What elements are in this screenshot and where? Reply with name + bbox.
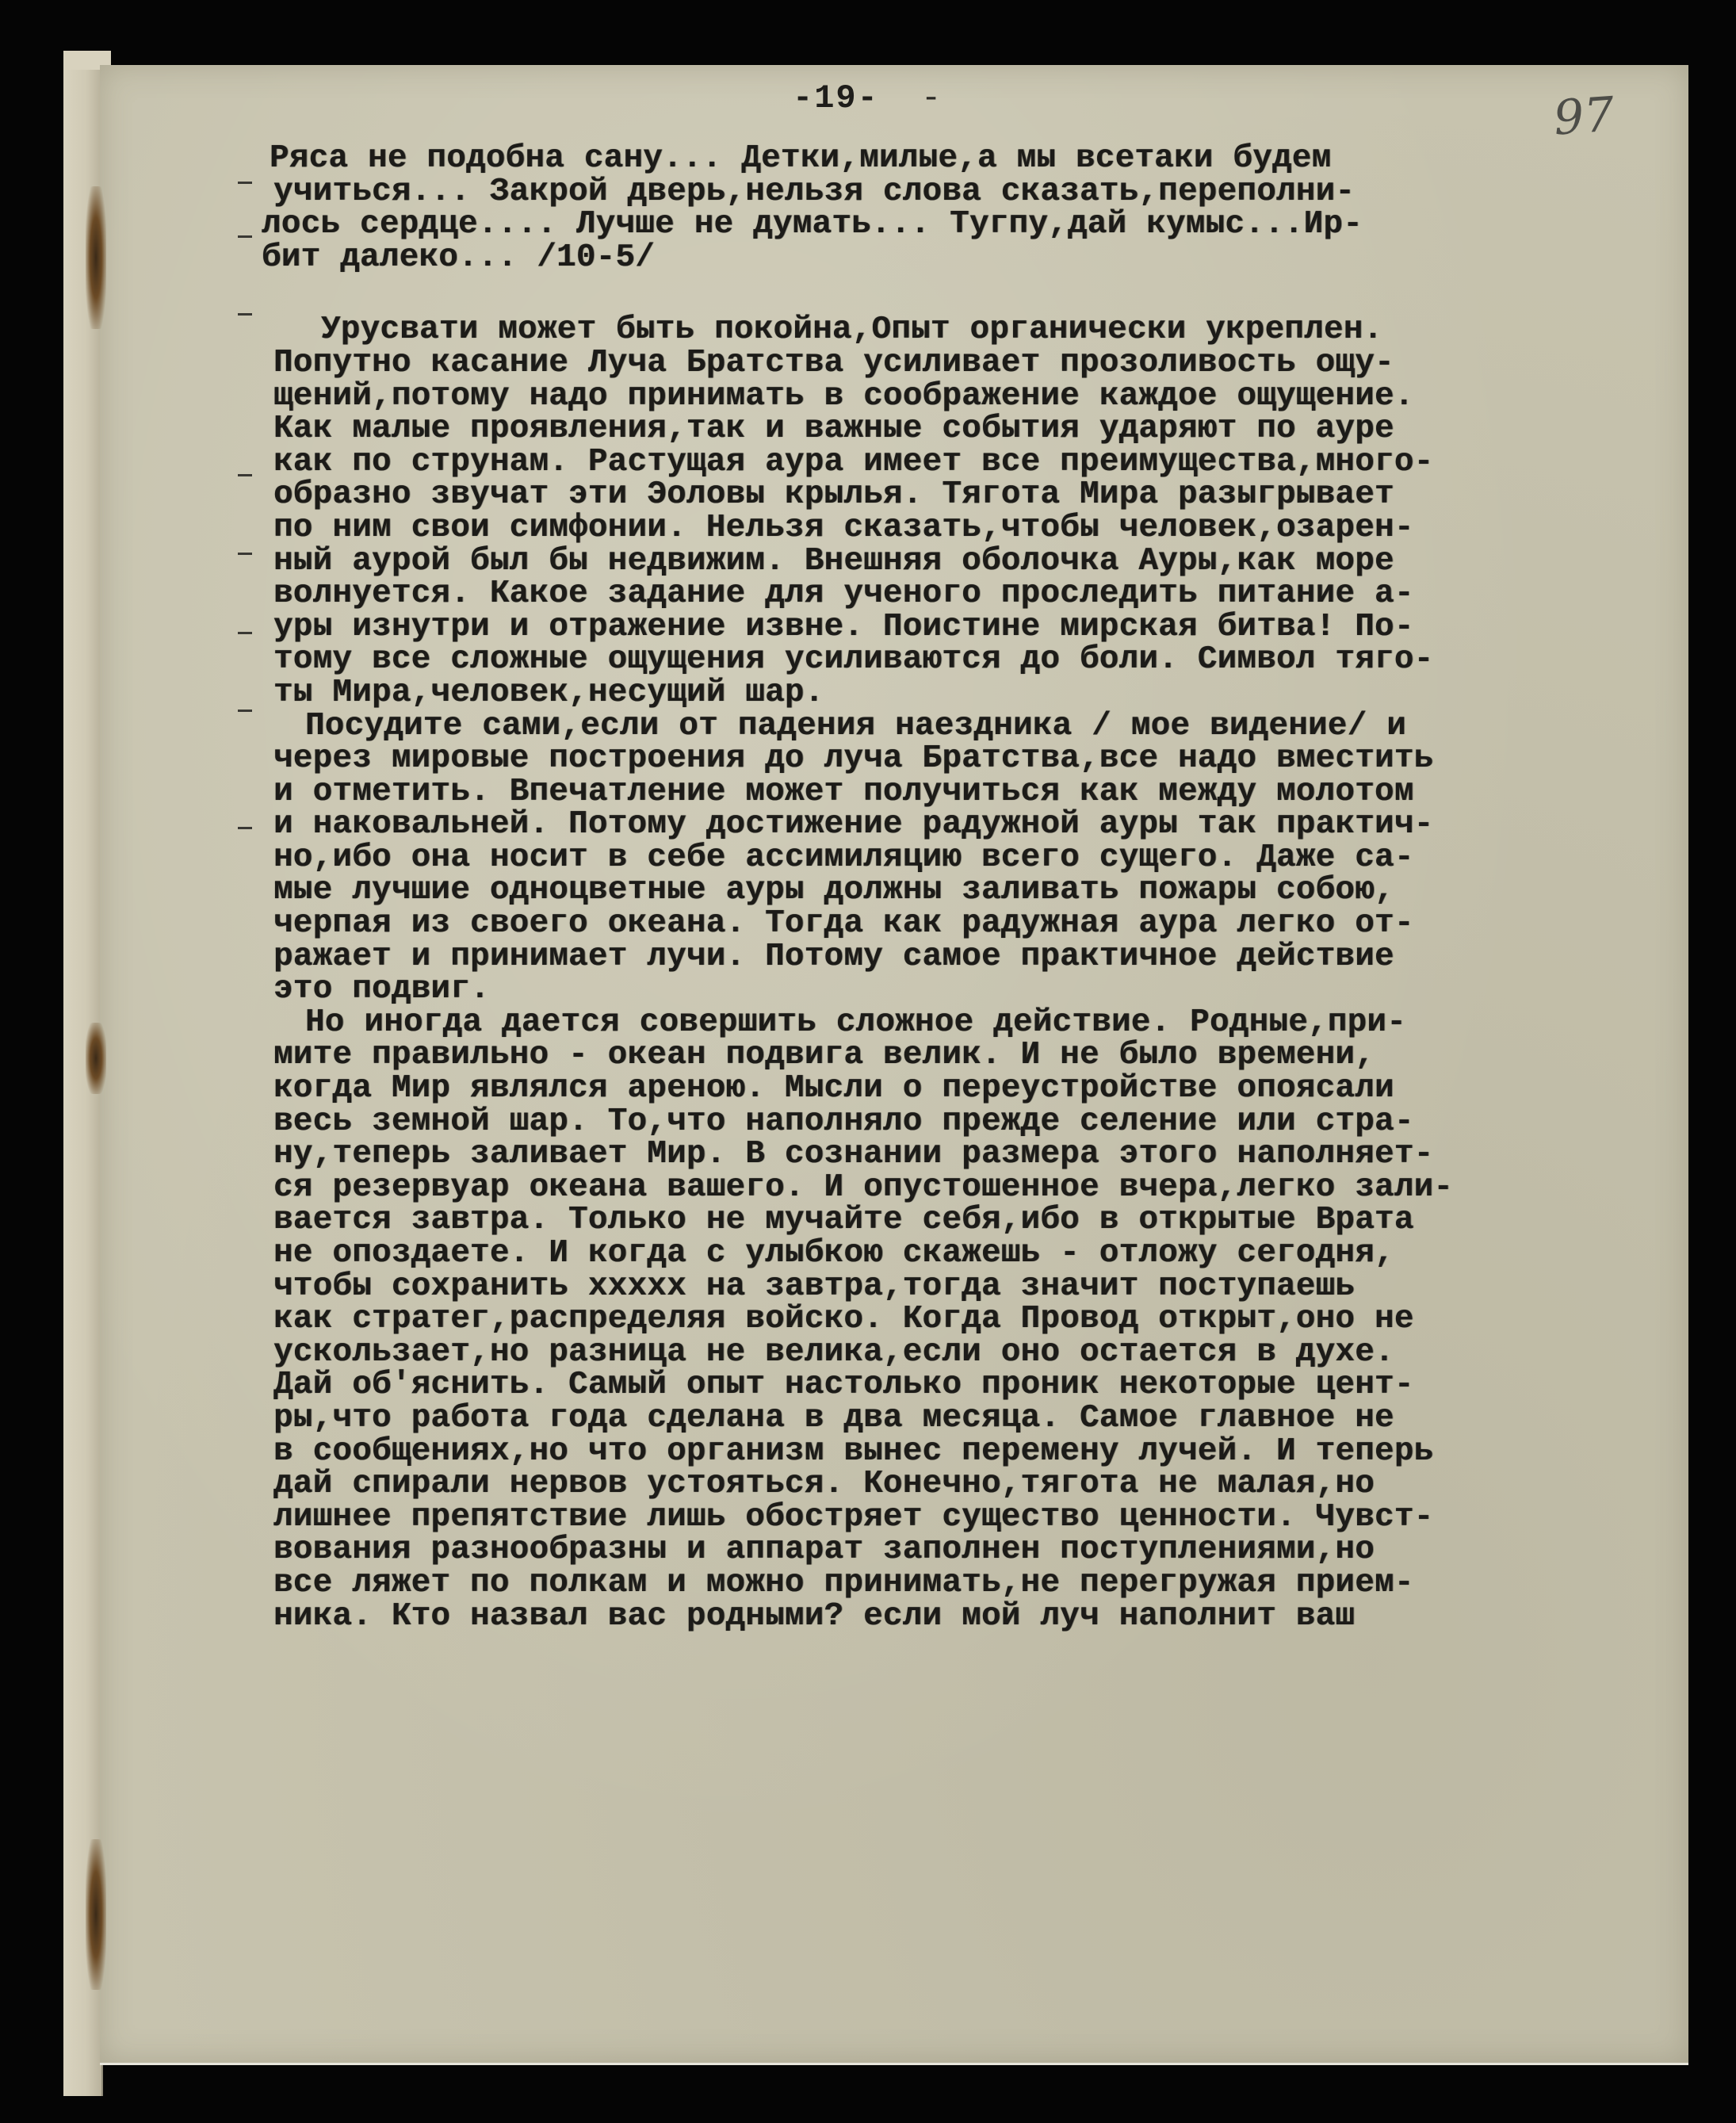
rust-stain-bottom <box>86 1839 106 1990</box>
text-line: лишнее препятствие лишь обостряет сущест… <box>273 1501 1700 1535</box>
margin-dash <box>238 827 252 829</box>
margin-dash <box>238 235 252 238</box>
text-line: ника. Кто назвал вас родными? если мой л… <box>273 1601 1700 1634</box>
paragraph-4: Но иногда дается совершить сложное дейст… <box>273 1007 1700 1633</box>
text-line: вования разнообразны и аппарат заполнен … <box>273 1534 1700 1567</box>
margin-dash <box>238 474 252 476</box>
text-line: мые лучшие одноцветные ауры должны залив… <box>273 874 1700 908</box>
handwritten-archive-number: 97 <box>1552 86 1616 146</box>
margin-dash <box>238 632 252 634</box>
margin-dash <box>238 313 252 316</box>
text-line: волнуется. Какое задание для ученого про… <box>273 578 1700 611</box>
text-line: по ним свои симфонии. Нельзя сказать,что… <box>273 512 1700 545</box>
text-line: ный аурой был бы недвижим. Внешняя оболо… <box>273 545 1700 579</box>
text-line: образно звучат эти Эоловы крылья. Тягота… <box>273 479 1700 512</box>
text-line: Ряса не подобна сану... Детки,милые,а мы… <box>270 143 1700 176</box>
text-line: ся резервуар океана вашего. И опустошенн… <box>273 1172 1700 1205</box>
text-line: мите правильно - океан подвига велик. И … <box>273 1039 1700 1073</box>
text-line: не опоздаете. И когда с улыбкою скажешь … <box>273 1237 1700 1271</box>
text-line: ры,что работа года сделана в два месяца.… <box>273 1402 1700 1436</box>
margin-dash <box>238 553 252 555</box>
text-line: когда Мир являлся ареною. Мысли о переус… <box>273 1073 1700 1106</box>
text-line: дай спирали нервов устояться. Конечно,тя… <box>273 1468 1700 1501</box>
text-line: как стратег,распределяя войско. Когда Пр… <box>273 1303 1700 1337</box>
text-line: весь земной шар. То,что наполняло прежде… <box>273 1106 1700 1139</box>
rust-stain-middle <box>86 1023 106 1094</box>
text-line: Дай об'яснить. Самый опыт настолько прон… <box>273 1369 1700 1402</box>
margin-dash <box>238 710 252 712</box>
text-line: и отметить. Впечатление может получиться… <box>273 776 1700 809</box>
text-line: Попутно касание Луча Братства усиливает … <box>273 347 1700 381</box>
text-line: бит далеко... /10-5/ <box>262 242 1700 275</box>
text-line: ну,теперь заливает Мир. В сознании разме… <box>273 1138 1700 1172</box>
text-line: уры изнутри и отражение извне. Поистине … <box>273 611 1700 645</box>
rust-stain-top <box>86 186 106 329</box>
text-line: черпая из своего океана. Тогда как радуж… <box>273 908 1700 941</box>
text-line: щений,потому надо принимать в соображени… <box>273 381 1700 414</box>
text-line: учиться... Закрой дверь,нельзя слова ска… <box>273 176 1700 209</box>
page-number-mark: - <box>921 79 941 117</box>
text-line: как по струнам. Растущая аура имеет все … <box>273 446 1700 480</box>
text-line: ускользает,но разница не велика,если оно… <box>273 1337 1700 1370</box>
page-number: -19- <box>793 79 879 117</box>
text-line: и наковальней. Потому достижение радужно… <box>273 809 1700 842</box>
text-line: тому все сложные ощущения усиливаются до… <box>273 644 1700 677</box>
paragraph-3: Посудите сами,если от падения наездника … <box>273 710 1700 1007</box>
text-line: чтобы сохранить ххххх на завтра,тогда зн… <box>273 1271 1700 1304</box>
text-line: но,ибо она носит в себе ассимиляцию всег… <box>273 842 1700 875</box>
text-line: через мировые построения до луча Братств… <box>273 743 1700 776</box>
text-line: в сообщениях,но что организм вынес перем… <box>273 1436 1700 1469</box>
typewritten-body: Ряса не подобна сану... Детки,милые,а мы… <box>273 143 1700 1633</box>
paragraph-2: Урусвати может быть покойна,Опыт органич… <box>273 314 1700 710</box>
margin-dash <box>238 182 252 184</box>
text-line: Урусвати может быть покойна,Опыт органич… <box>273 314 1700 347</box>
paragraph-1: Ряса не подобна сану... Детки,милые,а мы… <box>273 143 1700 274</box>
text-line: ражает и принимает лучи. Потому самое пр… <box>273 941 1700 974</box>
text-line: ты Мира,человек,несущий шар. <box>273 677 1700 710</box>
text-line: все ляжет по полкам и можно принимать,не… <box>273 1567 1700 1601</box>
text-line: Но иногда дается совершить сложное дейст… <box>273 1007 1700 1040</box>
text-line: вается завтра. Только не мучайте себя,иб… <box>273 1204 1700 1237</box>
text-line: это подвиг. <box>273 974 1700 1007</box>
text-line: лось сердце.... Лучше не думать... Тугпу… <box>262 208 1700 242</box>
text-line: Посудите сами,если от падения наездника … <box>273 710 1700 744</box>
text-line: Как малые проявления,так и важные событи… <box>273 413 1700 446</box>
